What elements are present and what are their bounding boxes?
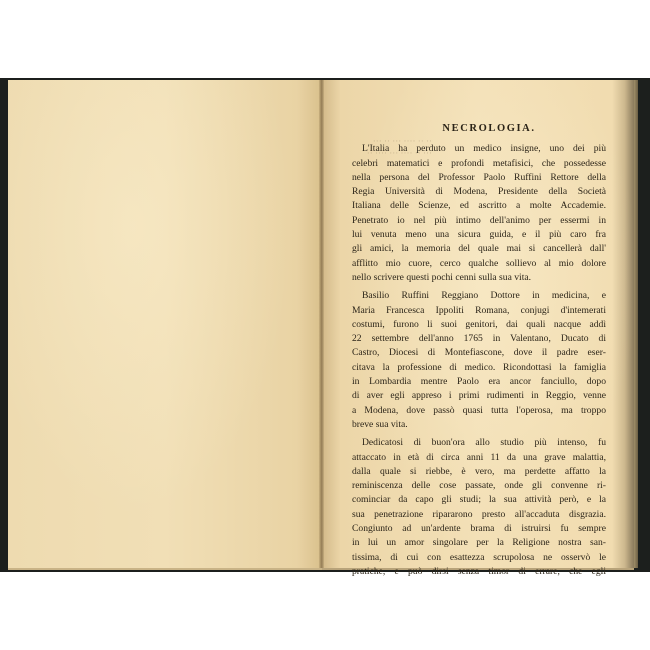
text-line: tissima, di cui con esattezza scrupolosa… <box>352 551 606 565</box>
text-line: dalla quale si riebbe, è vero, ma perdet… <box>352 465 606 479</box>
text-line: breve sua vita. <box>352 418 606 432</box>
text-line: attaccato in età di circa anni 11 da una… <box>352 451 606 465</box>
paragraph-2: Basilio Ruffini Reggiano Dottore in medi… <box>352 289 606 432</box>
text-line: di aver egli appreso i primi rudimenti i… <box>352 389 606 403</box>
paragraph-3: Dedicatosi di buon'ora allo studio più i… <box>352 436 606 579</box>
text-line: Maria Francesca Ippoliti Romana, conjugi… <box>352 304 606 318</box>
text-line: Castro, Diocesi di Montefiascone, dove i… <box>352 346 606 360</box>
text-line: 22 settembre dell'anno 1765 in Valentano… <box>352 332 606 346</box>
text-line: reminiscenza delle cose passate, onde gl… <box>352 479 606 493</box>
text-line: celebri matematici e profondi metafisici… <box>352 157 606 171</box>
text-line: citava la professione di medico. Ricondo… <box>352 361 606 375</box>
text-line: nello scrivere questi pochi cenni sulla … <box>352 271 606 285</box>
text-line: L'Italia ha perduto un medico insigne, u… <box>352 142 606 156</box>
text-line: sua penetrazione ripararono presto all'a… <box>352 508 606 522</box>
text-line: in lui un amor singolare per la Religion… <box>352 536 606 550</box>
text-line: lui venuta meno una sicura guida, e il p… <box>352 228 606 242</box>
text-line: gli amici, la memoria del quale mai si c… <box>352 242 606 256</box>
page-text: NECROLOGIA. L'Italia ha perduto un medic… <box>352 122 606 583</box>
paragraph-1: L'Italia ha perduto un medico insigne, u… <box>352 142 606 285</box>
text-line: Congiunto ad un'ardente brama di istruir… <box>352 522 606 536</box>
text-line: in Lombardia mentre Paolo era ancor fanc… <box>352 375 606 389</box>
text-line: Basilio Ruffini Reggiano Dottore in medi… <box>352 289 606 303</box>
text-line: pratiche, e può dirsi senza timor di err… <box>352 565 606 579</box>
page-heading: NECROLOGIA. <box>352 122 606 136</box>
page-edge <box>634 80 638 568</box>
text-line: costumi, furono li suoi genitori, dai qu… <box>352 318 606 332</box>
scanned-book-spread: ·· ·· ···· ··· ·· ······ ·· ···· ··· ···… <box>0 78 650 572</box>
text-line: Italiana delle Scienze, ed ascritto a mo… <box>352 199 606 213</box>
text-line: afflitto mio cuore, cerco qualche sollie… <box>352 257 606 271</box>
book-gutter <box>319 80 324 568</box>
text-line: cominciar da capo gli studi; la sua atti… <box>352 493 606 507</box>
text-line: Penetrato io nel più intimo dell'animo p… <box>352 214 606 228</box>
text-line: Dedicatosi di buon'ora allo studio più i… <box>352 436 606 450</box>
text-line: a Modena, dove passò quasi tutta l'opero… <box>352 404 606 418</box>
text-line: nella persona del Professor Paolo Ruffin… <box>352 171 606 185</box>
right-page: ·· ·· ···· ··· ·· ······ ·· ···· ··· ···… <box>322 80 634 570</box>
text-line: Regia Università di Modena, Presidente d… <box>352 185 606 199</box>
left-page-blank <box>8 80 322 570</box>
